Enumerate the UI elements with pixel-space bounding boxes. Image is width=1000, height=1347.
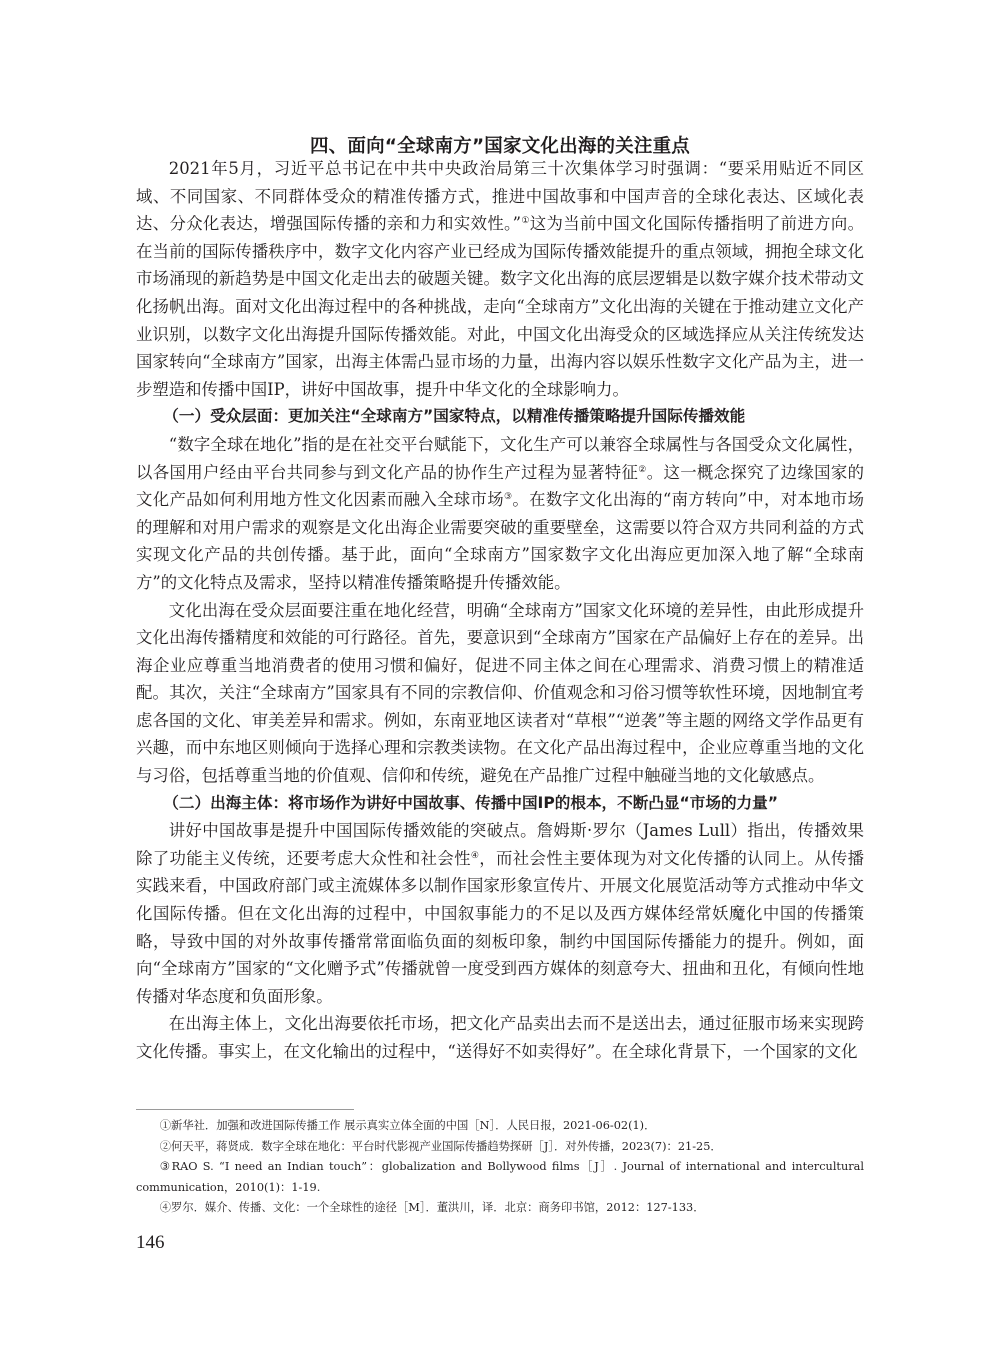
paragraph-glocalization: “数字全球在地化”指的是在社交平台赋能下，文化生产可以兼容全球属性与各国受众文化… [136, 431, 864, 597]
footnote-ref-2[interactable]: ② [638, 465, 646, 475]
subheading-audience: （一）受众层面：更加关注“全球南方”国家特点，以精准传播策略提升国际传播效能 [136, 403, 864, 431]
paragraph-intro: 2021年5月，习近平总书记在中共中央政治局第三十次集体学习时强调：“要采用贴近… [136, 155, 864, 403]
footnote-divider [136, 1109, 354, 1110]
footnote-1: ①新华社．加强和改进国际传播工作 展示真实立体全面的中国［N］．人民日报，202… [136, 1116, 864, 1137]
footnote-2: ②何天平，蒋贤成．数字全球在地化：平台时代影视产业国际传播趋势探研［J］．对外传… [136, 1137, 864, 1158]
footnote-ref-1[interactable]: ① [521, 216, 530, 226]
body-text: 2021年5月，习近平总书记在中共中央政治局第三十次集体学习时强调：“要采用贴近… [136, 155, 864, 1066]
footnote-4: ④罗尔．媒介、传播、文化：一个全球性的途径［M］．董洪川，译．北京：商务印书馆，… [136, 1198, 864, 1219]
footnotes: ①新华社．加强和改进国际传播工作 展示真实立体全面的中国［N］．人民日报，202… [136, 1116, 864, 1219]
document-page: 四、面向“全球南方”国家文化出海的关注重点 2021年5月，习近平总书记在中共中… [0, 0, 1000, 1347]
paragraph-localization: 文化出海在受众层面要注重在地化经营，明确“全球南方”国家文化环境的差异性，由此形… [136, 597, 864, 790]
footnote-3: ③RAO S. “I need an Indian touch”：globali… [136, 1157, 864, 1198]
page-number: 146 [136, 1230, 165, 1256]
paragraph-market-subject: 在出海主体上，文化出海要依托市场，把文化产品卖出去而不是送出去，通过征服市场来实… [136, 1010, 864, 1065]
paragraph-storytelling: 讲好中国故事是提升中国国际传播效能的突破点。詹姆斯·罗尔（James Lull）… [136, 817, 864, 1010]
subheading-market: （二）出海主体：将市场作为讲好中国故事、传播中国IP的根本，不断凸显“市场的力量… [136, 790, 864, 818]
